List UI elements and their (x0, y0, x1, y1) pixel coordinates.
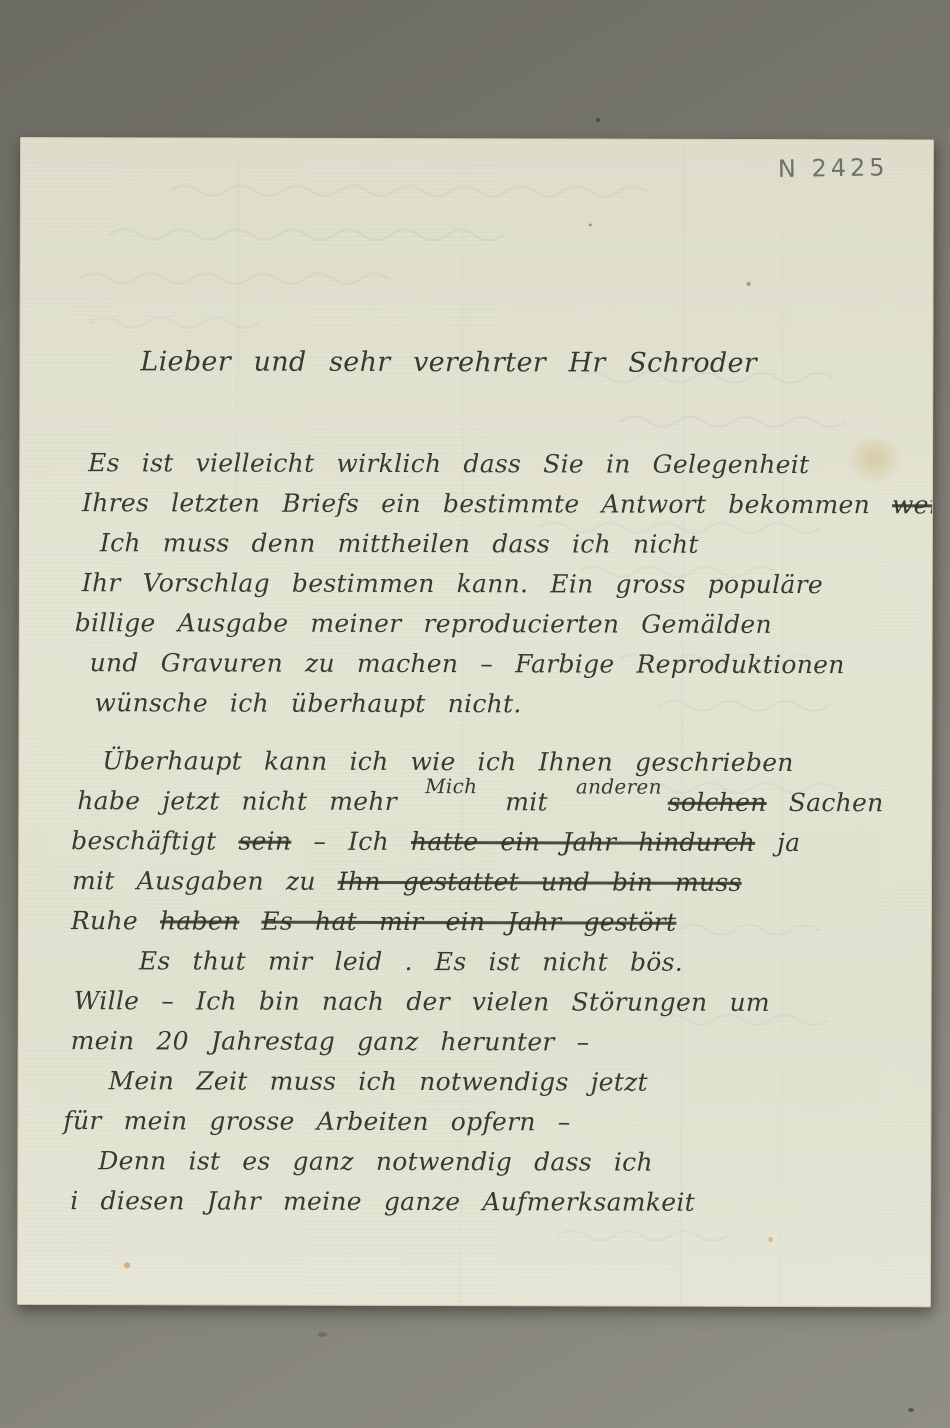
letter-text-segment: Es ist vielleicht wirklich dass Sie in G… (88, 448, 809, 479)
letter-text-segment: Wille – Ich bin nach der vielen Störunge… (74, 986, 770, 1017)
letter-line: Es thut mir leid . Es ist nicht bös. (139, 946, 906, 988)
letter-text-segment: Ruhe (71, 906, 160, 935)
crossed-out-text: solchen (668, 788, 767, 817)
paper-speck (589, 223, 592, 226)
letter-line: i diesen Jahr meine ganze Aufmerksamkeit (70, 1186, 905, 1228)
letter-text-segment: Ihres letzten Briefs ein bestimmte Antwo… (82, 488, 892, 519)
letter-text-segment: habe jetzt nicht mehr (77, 786, 419, 816)
letter-line: Ich muss denn mittheilen dass ich nicht (100, 528, 907, 570)
paper-speck (768, 1237, 773, 1242)
letter-line: Es ist vielleicht wirklich dass Sie in G… (88, 448, 907, 490)
handwritten-letter-body: Lieber und sehr verehrter Hr SchroderEs … (63, 346, 907, 1228)
letter-sheet: N 2425 Lieber und sehr verehrter Hr Schr… (17, 137, 934, 1307)
letter-text-segment: beschäftigt (71, 826, 238, 855)
letter-text-segment: und Gravuren zu machen – Farbige Reprodu… (90, 648, 845, 679)
salutation-line: Lieber und sehr verehrter Hr Schroder (140, 346, 907, 388)
paper-speck (747, 282, 751, 286)
letter-line: billige Ausgabe meiner reproducierten Ge… (75, 608, 907, 650)
letter-text-segment: i diesen Jahr meine ganze Aufmerksamkeit (70, 1186, 695, 1217)
letter-line: Wille – Ich bin nach der vielen Störunge… (74, 986, 906, 1028)
letter-text-segment (239, 907, 261, 936)
mount-speck (908, 1408, 914, 1412)
letter-line: Denn ist es ganz notwendig dass ich (98, 1146, 905, 1188)
letter-text-segment: Denn ist es ganz notwendig dass ich (98, 1146, 653, 1176)
letter-text-segment: billige Ausgabe meiner reproducierten Ge… (75, 608, 772, 639)
letter-line: wünsche ich überhaupt nicht. (94, 688, 906, 730)
letter-text-segment: wünsche ich überhaupt nicht. (94, 688, 521, 718)
letter-text-segment: Überhaupt kann ich wie ich Ihnen geschri… (102, 746, 793, 777)
mount-speck (596, 118, 600, 122)
photo-mount-background: N 2425 Lieber und sehr verehrter Hr Schr… (0, 0, 950, 1428)
letter-line: Mein Zeit muss ich notwendigs jetzt (108, 1066, 905, 1108)
letter-text-segment: Lieber und sehr verehrter Hr Schroder (140, 346, 757, 379)
letter-text-segment: mein 20 Jahrestag ganz herunter – (71, 1026, 590, 1056)
crossed-out-text: Ihn gestattet und bin muss (338, 867, 742, 897)
letter-text-segment: für mein grosse Arbeiten opfern – (63, 1106, 570, 1136)
letter-text-segment: mit (483, 787, 570, 816)
letter-text-segment: Sachen (767, 788, 884, 817)
inserted-correction-text: Mich (425, 774, 477, 798)
crossed-out-text: hatte ein Jahr hindurch (411, 827, 755, 857)
letter-line: Überhaupt kann ich wie ich Ihnen geschri… (102, 746, 906, 788)
archive-number-pencil: N 2425 (778, 153, 889, 183)
letter-line: Ihres letzten Briefs ein bestimmte Antwo… (82, 488, 907, 530)
letter-line: beschäftigt sein – Ich hatte ein Jahr hi… (71, 826, 906, 868)
letter-line: Ihr Vorschlag bestimmen kann. Ein gross … (82, 568, 907, 610)
letter-text-segment: Ich muss denn mittheilen dass ich nicht (100, 528, 699, 559)
letter-text-segment: Mein Zeit muss ich notwendigs jetzt (108, 1066, 647, 1096)
letter-line: habe jetzt nicht mehr Mich mit anderenso… (77, 786, 906, 828)
mount-speck (318, 1332, 327, 1337)
paper-speck (124, 1262, 130, 1268)
letter-text-segment: Ihr Vorschlag bestimmen kann. Ein gross … (82, 568, 823, 599)
letter-text-segment: ja (755, 828, 800, 857)
letter-line: für mein grosse Arbeiten opfern – (63, 1106, 905, 1148)
letter-line: mein 20 Jahrestag ganz herunter – (71, 1026, 906, 1068)
inserted-correction-text: anderen (576, 774, 662, 798)
crossed-out-text: werden (892, 490, 934, 519)
letter-text-segment: mit Ausgaben zu (72, 866, 338, 896)
letter-text-segment: Es thut mir leid . Es ist nicht bös. (139, 946, 683, 976)
letter-line: mit Ausgaben zu Ihn gestattet und bin mu… (72, 866, 906, 908)
crossed-out-text: Es hat mir ein Jahr gestört (261, 907, 676, 937)
letter-line: Ruhe haben Es hat mir ein Jahr gestört (71, 906, 906, 948)
crossed-out-text: haben (160, 906, 239, 935)
crossed-out-text: sein (238, 827, 291, 856)
letter-line: und Gravuren zu machen – Farbige Reprodu… (90, 648, 907, 690)
letter-text-segment: – Ich (291, 827, 411, 856)
